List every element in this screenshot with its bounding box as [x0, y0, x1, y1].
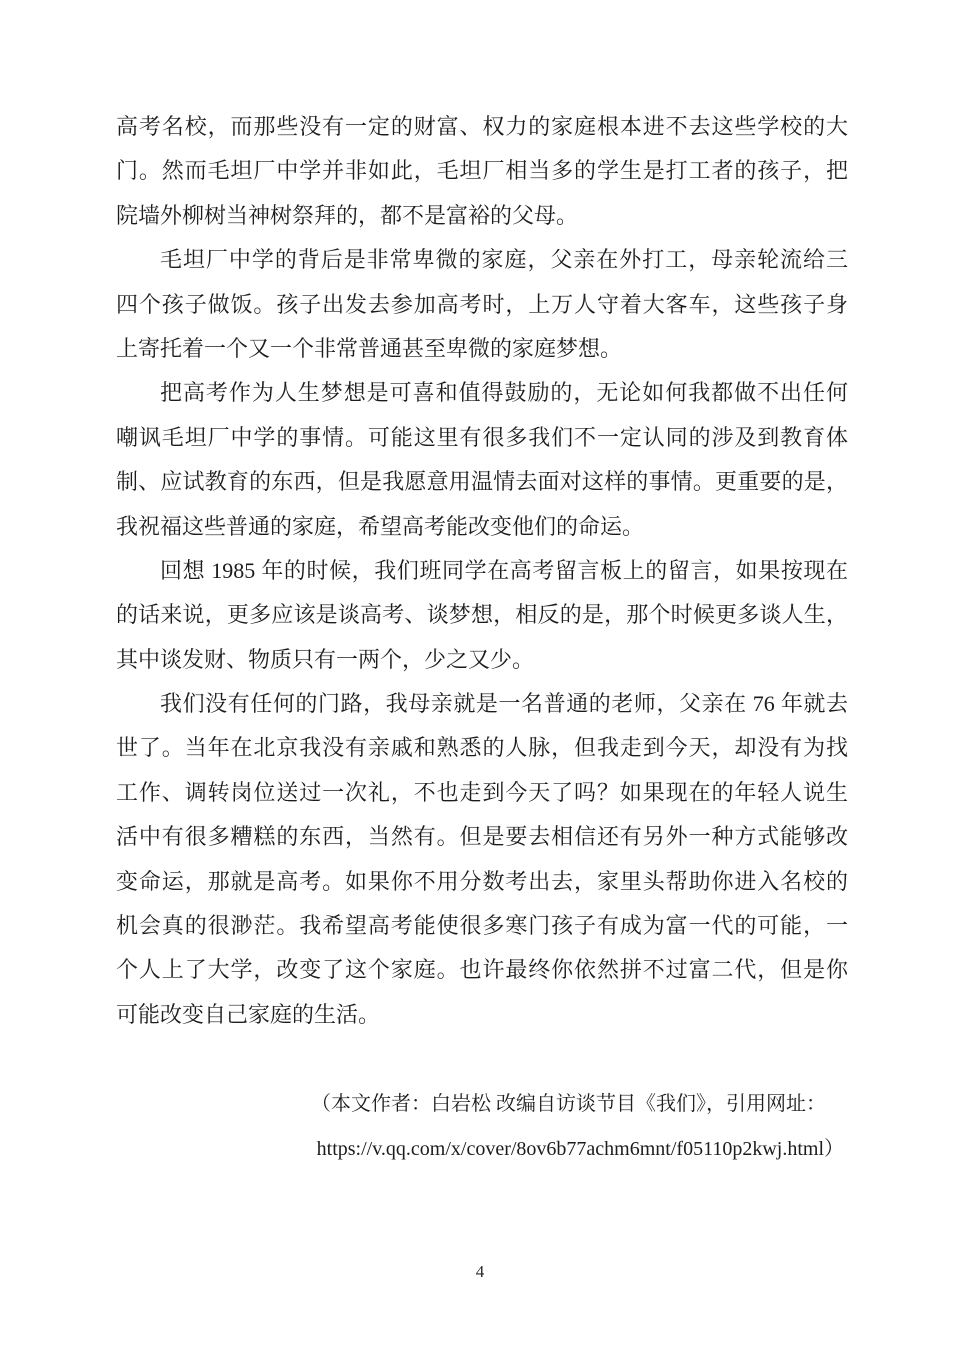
document-page: 高考名校，而那些没有一定的财富、权力的家庭根本进不去这些学校的大门。然而毛坦厂中… [0, 0, 960, 1357]
text-line: 院墙外柳树当神树祭拜的，都不是富裕的父母。 [116, 194, 848, 238]
text-line: 我祝福这些普通的家庭，希望高考能改变他们的命运。 [116, 505, 848, 549]
text-line: 毛坦厂中学的背后是非常卑微的家庭，父亲在外打工，母亲轮流给三 [116, 238, 848, 282]
text-line: 其中谈发财、物质只有一两个，少之又少。 [116, 638, 848, 682]
citation-block: （本文作者：白岩松 改编自访谈节目《我们》，引用网址： https://v.qq… [116, 1082, 848, 1171]
page-footer: 4 [0, 1262, 960, 1282]
text-line: 制、应试教育的东西，但是我愿意用温情去面对这样的事情。更重要的是， [116, 460, 848, 504]
text-line: 的话来说，更多应该是谈高考、谈梦想，相反的是，那个时候更多谈人生， [116, 593, 848, 637]
text-line: 嘲讽毛坦厂中学的事情。可能这里有很多我们不一定认同的涉及到教育体 [116, 416, 848, 460]
citation-url: https://v.qq.com/x/cover/8ov6b77achm6mnt… [116, 1127, 848, 1171]
text-line: 上寄托着一个又一个非常普通甚至卑微的家庭梦想。 [116, 327, 848, 371]
citation-author-line: （本文作者：白岩松 改编自访谈节目《我们》，引用网址： [116, 1082, 848, 1126]
text-line: 四个孩子做饭。孩子出发去参加高考时，上万人守着大客车，这些孩子身 [116, 283, 848, 327]
text-line: 个人上了大学，改变了这个家庭。也许最终你依然拼不过富二代，但是你 [116, 948, 848, 992]
text-line: 把高考作为人生梦想是可喜和值得鼓励的，无论如何我都做不出任何 [116, 371, 848, 415]
text-line: 我们没有任何的门路，我母亲就是一名普通的老师，父亲在 76 年就去 [116, 682, 848, 726]
text-line: 高考名校，而那些没有一定的财富、权力的家庭根本进不去这些学校的大 [116, 105, 848, 149]
essay-paragraphs: 高考名校，而那些没有一定的财富、权力的家庭根本进不去这些学校的大门。然而毛坦厂中… [116, 105, 848, 1037]
text-line: 工作、调转岗位送过一次礼，不也走到今天了吗？如果现在的年轻人说生 [116, 771, 848, 815]
text-line: 门。然而毛坦厂中学并非如此，毛坦厂相当多的学生是打工者的孩子，把 [116, 149, 848, 193]
page-number: 4 [476, 1262, 485, 1281]
text-line: 回想 1985 年的时候，我们班同学在高考留言板上的留言，如果按现在 [116, 549, 848, 593]
text-line: 机会真的很渺茫。我希望高考能使很多寒门孩子有成为富一代的可能，一 [116, 904, 848, 948]
text-line: 可能改变自己家庭的生活。 [116, 993, 848, 1037]
text-line: 世了。当年在北京我没有亲戚和熟悉的人脉，但我走到今天，却没有为找 [116, 726, 848, 770]
text-line: 活中有很多糟糕的东西，当然有。但是要去相信还有另外一种方式能够改 [116, 815, 848, 859]
essay-body: 高考名校，而那些没有一定的财富、权力的家庭根本进不去这些学校的大门。然而毛坦厂中… [116, 105, 848, 1171]
text-line: 变命运，那就是高考。如果你不用分数考出去，家里头帮助你进入名校的 [116, 860, 848, 904]
